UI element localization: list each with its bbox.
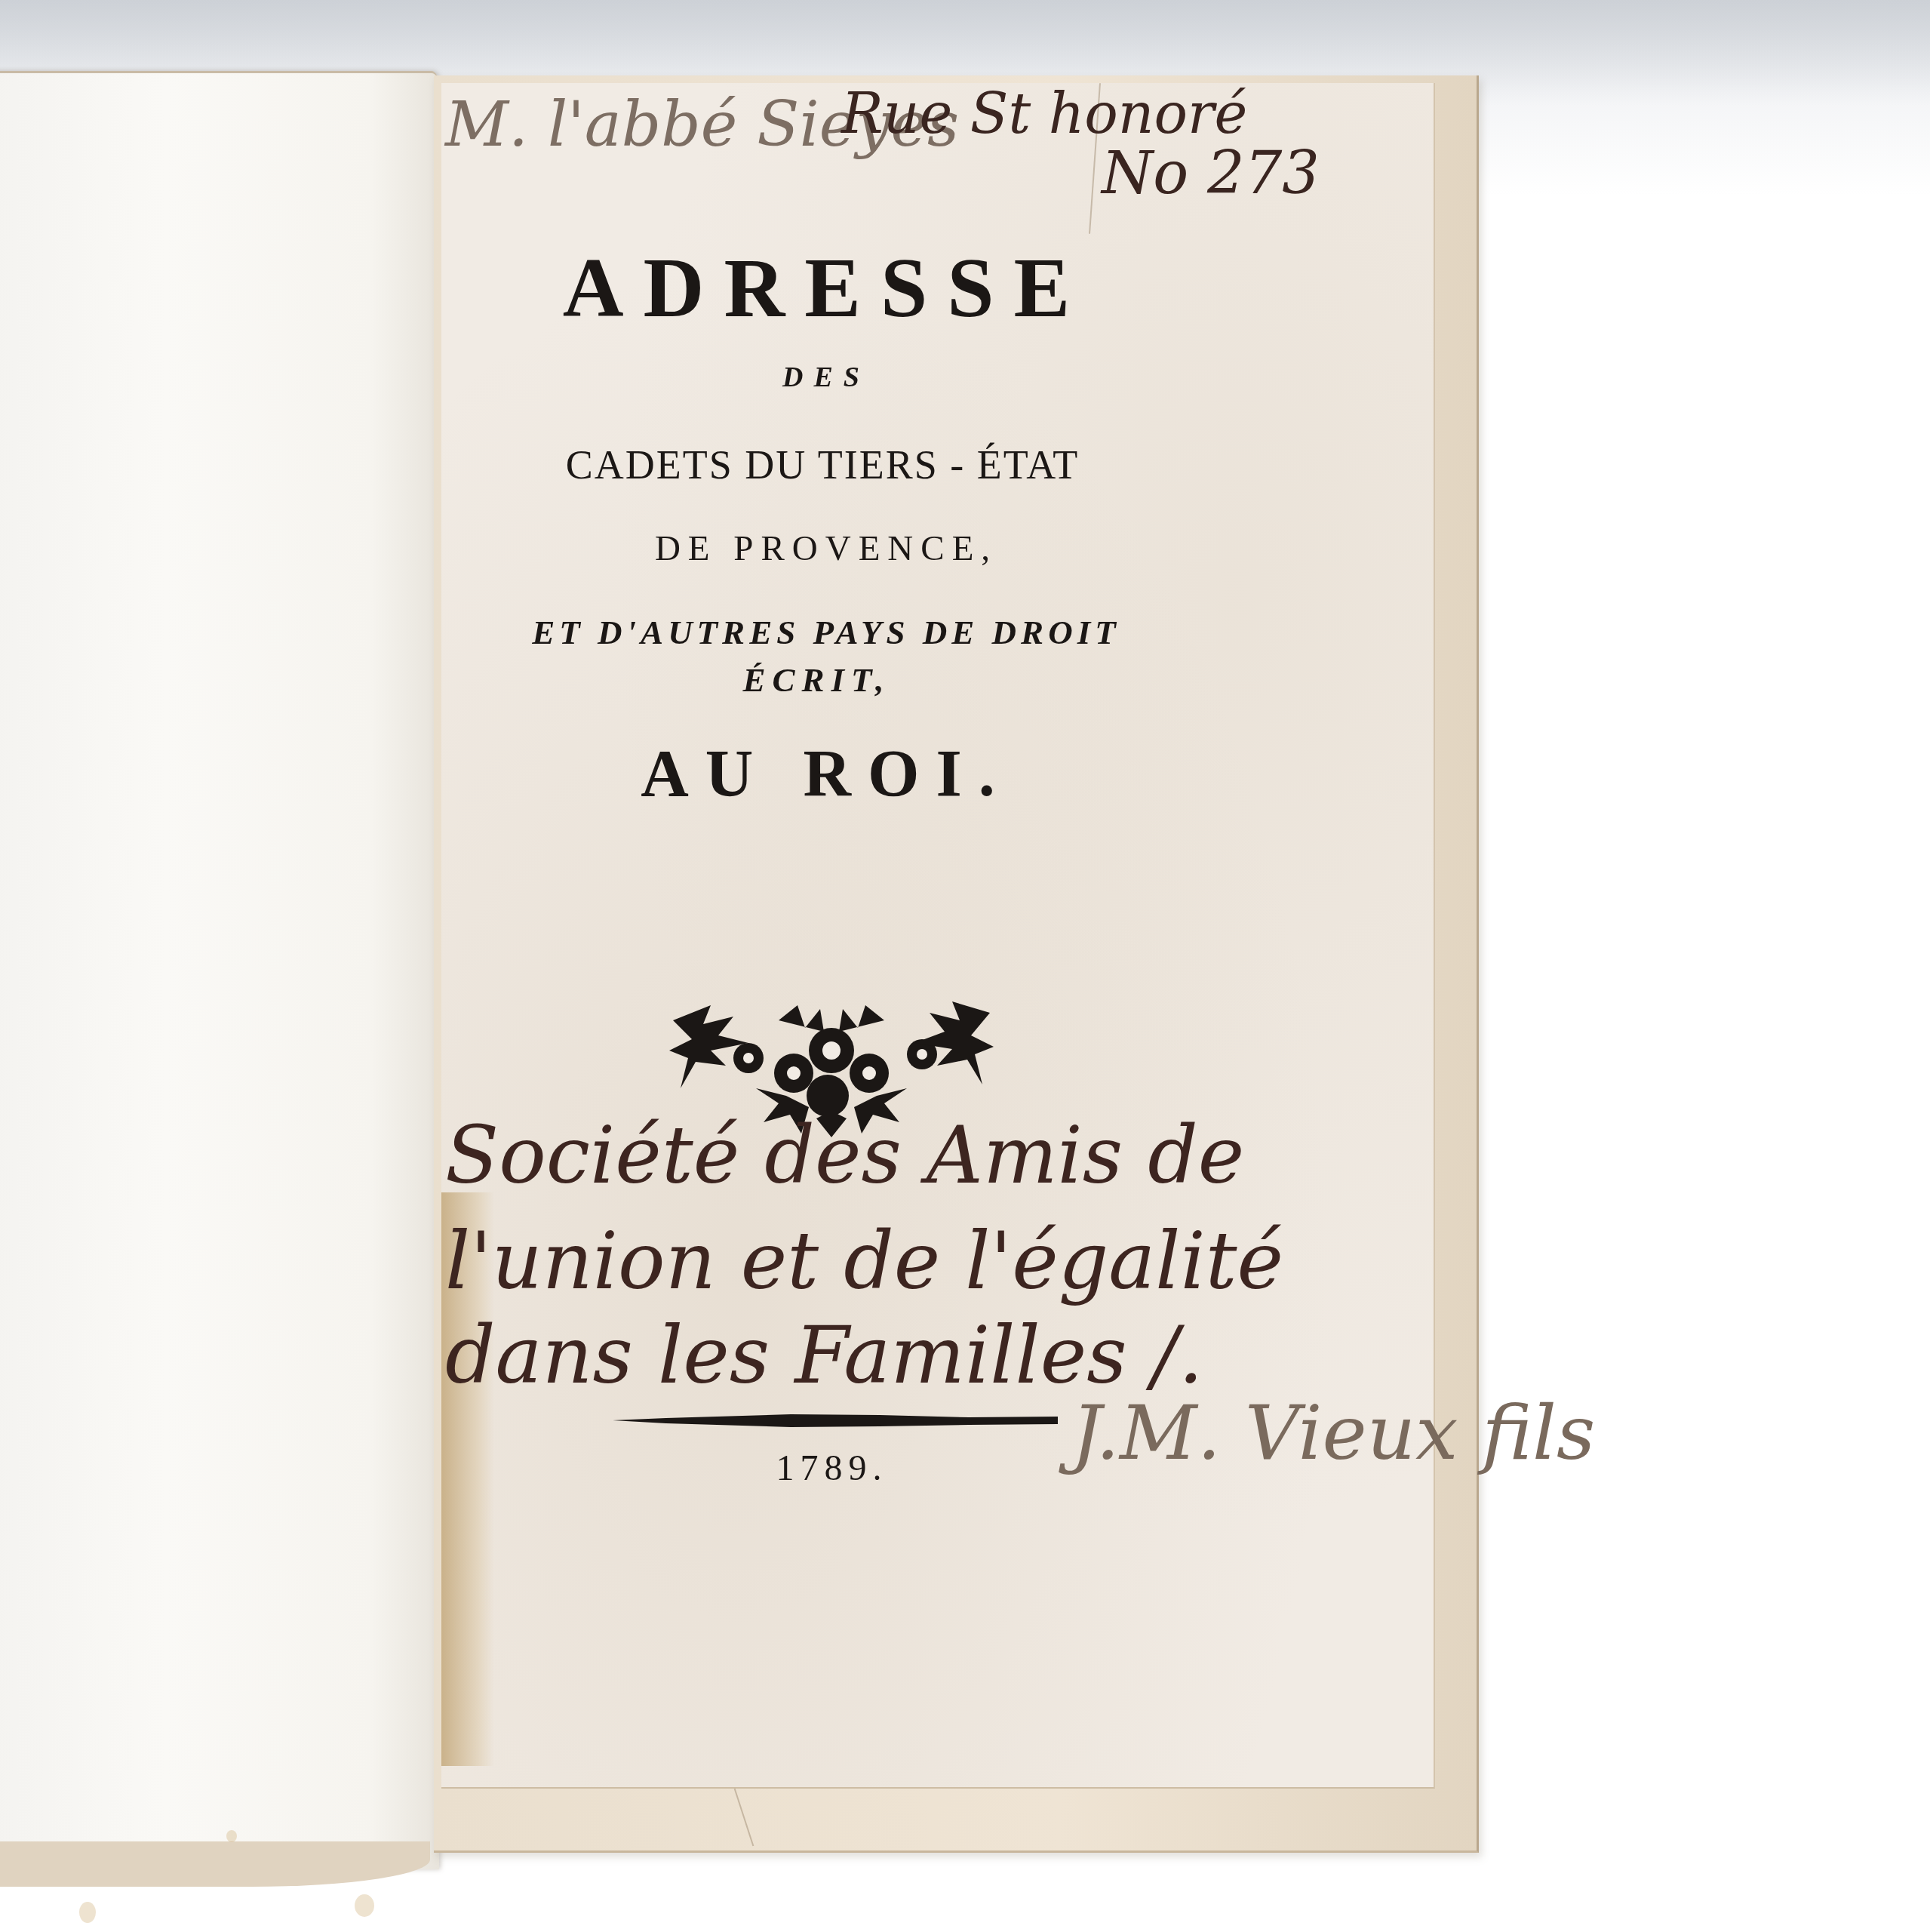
title-heading: ADRESSE xyxy=(528,240,1124,337)
annotation-number: No 273 xyxy=(1102,140,1320,208)
inscription-line-1: Société des Amis de xyxy=(445,1109,1244,1201)
imprint-year: 1789. xyxy=(762,1447,902,1489)
title-line-ecrit: ÉCRIT, xyxy=(736,660,898,700)
title-line-provence: DE PROVENCE, xyxy=(611,528,1041,569)
foxing-spot xyxy=(79,1902,96,1923)
title-line-roi: AU ROI. xyxy=(626,736,1026,812)
signature: J.M. Vieux fils xyxy=(1071,1389,1595,1477)
annotation-street: Rue St honoré xyxy=(841,82,1247,146)
foxing-spot xyxy=(226,1830,237,1842)
inscription-line-2: l'union et de l'égalité xyxy=(445,1215,1283,1307)
foxing-spot xyxy=(355,1894,374,1917)
title-line-cadets: CADETS DU TIERS - ÉTAT xyxy=(521,441,1124,488)
inscription-line-3: dans les Familles /. xyxy=(445,1309,1203,1401)
title-line-des: DES xyxy=(743,361,909,394)
flyleaf-page xyxy=(0,71,439,1869)
title-line-autres: ET D'AUTRES PAYS DE DROIT xyxy=(498,613,1154,652)
title-page xyxy=(441,83,1435,1789)
flyleaf-edge xyxy=(0,1841,430,1887)
